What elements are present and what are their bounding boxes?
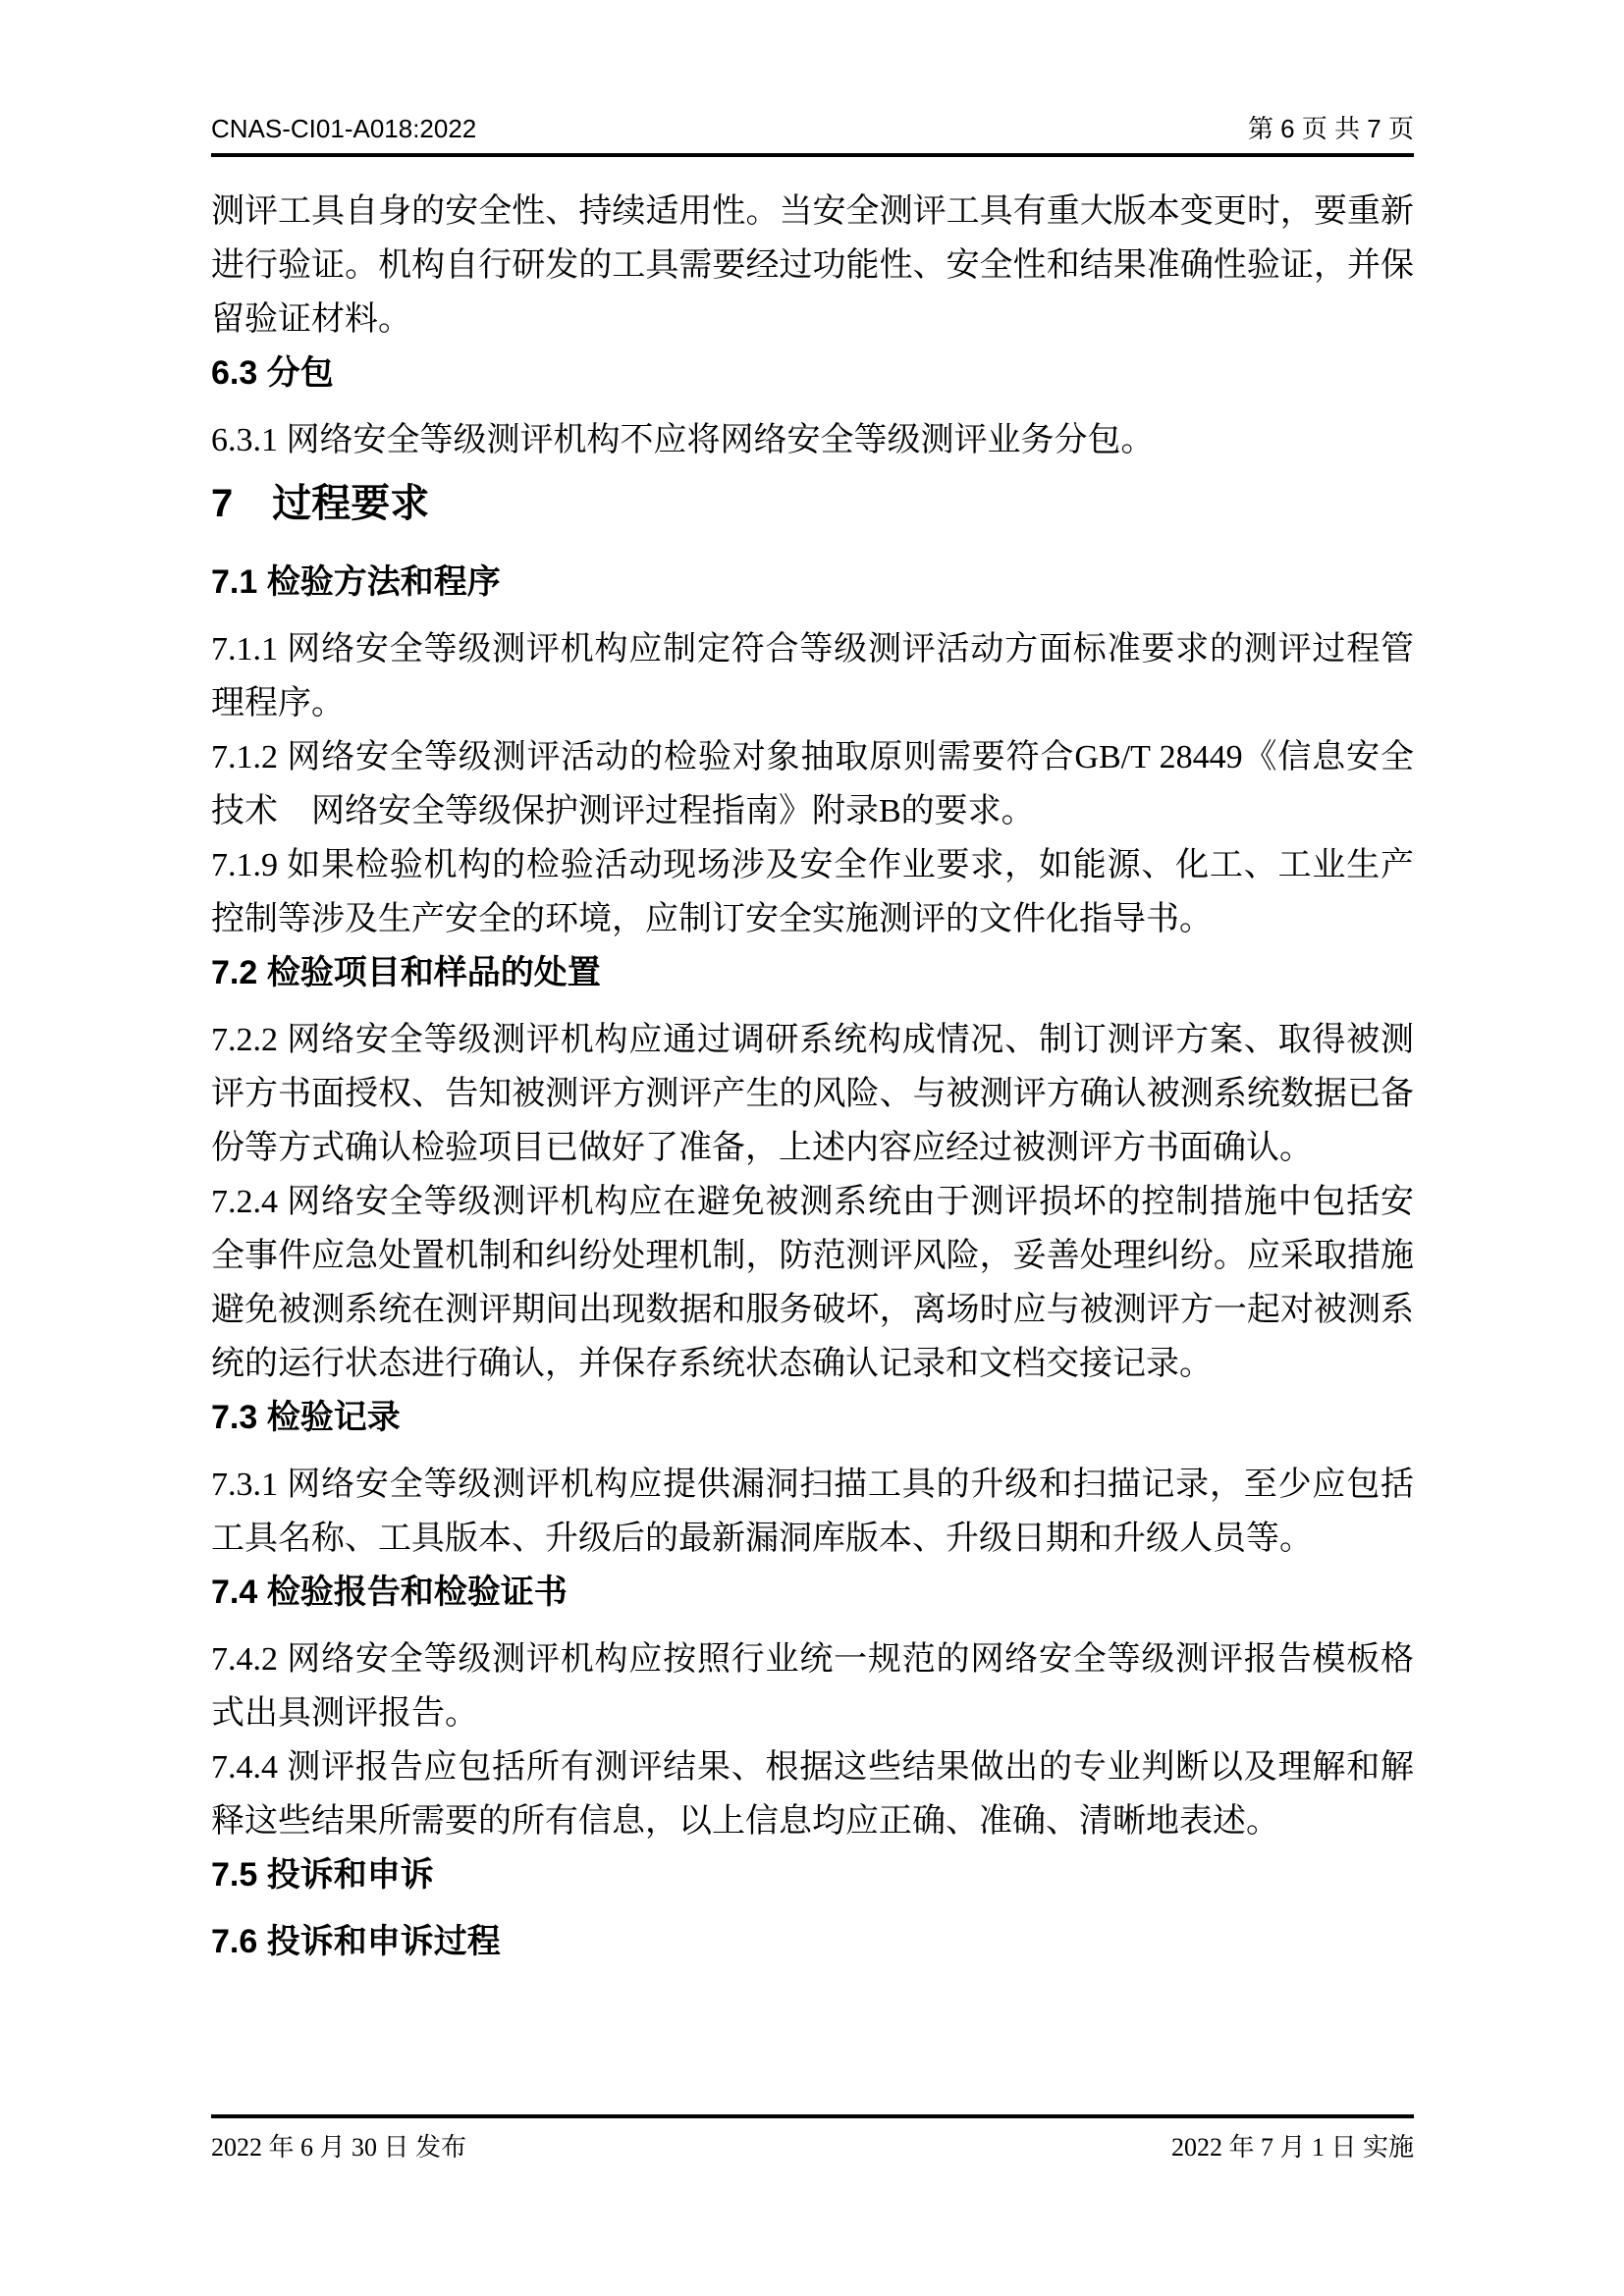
section-heading: 7.3 检验记录 xyxy=(211,1391,1414,1445)
page-number-info: 第 6 页 共 7 页 xyxy=(1248,114,1414,143)
paragraph: 7.4.4 测评报告应包括所有测评结果、根据这些结果做出的专业判断以及理解和解释… xyxy=(211,1740,1414,1848)
document-number: CNAS-CI01-A018:2022 xyxy=(211,114,476,143)
section-heading: 7.2 检验项目和样品的处置 xyxy=(211,946,1414,1000)
section-heading: 7.4 检验报告和检验证书 xyxy=(211,1566,1414,1620)
paragraph: 7.2.4 网络安全等级测评机构应在避免被测系统由于测评损坏的控制措施中包括安全… xyxy=(211,1175,1414,1391)
paragraph: 7.4.2 网络安全等级测评机构应按照行业统一规范的网络安全等级测评报告模板格式… xyxy=(211,1632,1414,1740)
section-heading: 7.1 检验方法和程序 xyxy=(211,556,1414,610)
release-date: 2022 年 6 月 30 日 发布 xyxy=(211,2132,466,2163)
section-heading: 6.3 分包 xyxy=(211,347,1414,400)
paragraph: 7.1.1 网络安全等级测评机构应制定符合等级测评活动方面标准要求的测评过程管理… xyxy=(211,622,1414,730)
paragraph: 6.3.1 网络安全等级测评机构不应将网络安全等级测评业务分包。 xyxy=(211,413,1414,467)
paragraph: 7.3.1 网络安全等级测评机构应提供漏洞扫描工具的升级和扫描记录，至少应包括工… xyxy=(211,1458,1414,1566)
section-heading: 7.6 投诉和申诉过程 xyxy=(211,1915,1414,1969)
paragraph: 测评工具自身的安全性、持续适用性。当安全测评工具有重大版本变更时，要重新进行验证… xyxy=(211,185,1414,347)
chapter-heading: 7 过程要求 xyxy=(211,477,1414,531)
page-header: CNAS-CI01-A018:2022 第 6 页 共 7 页 xyxy=(211,114,1414,157)
document-body: 测评工具自身的安全性、持续适用性。当安全测评工具有重大版本变更时，要重新进行验证… xyxy=(211,185,1414,1982)
paragraph: 7.1.9 如果检验机构的检验活动现场涉及安全作业要求，如能源、化工、工业生产控… xyxy=(211,838,1414,946)
implement-date: 2022 年 7 月 1 日 实施 xyxy=(1171,2132,1414,2163)
page-footer: 2022 年 6 月 30 日 发布 2022 年 7 月 1 日 实施 xyxy=(211,2114,1414,2163)
section-heading: 7.5 投诉和申诉 xyxy=(211,1848,1414,1902)
paragraph: 7.2.2 网络安全等级测评机构应通过调研系统构成情况、制订测评方案、取得被测评… xyxy=(211,1013,1414,1175)
document-page: CNAS-CI01-A018:2022 第 6 页 共 7 页 测评工具自身的安… xyxy=(0,0,1624,2296)
paragraph: 7.1.2 网络安全等级测评活动的检验对象抽取原则需要符合GB/T 28449《… xyxy=(211,730,1414,838)
